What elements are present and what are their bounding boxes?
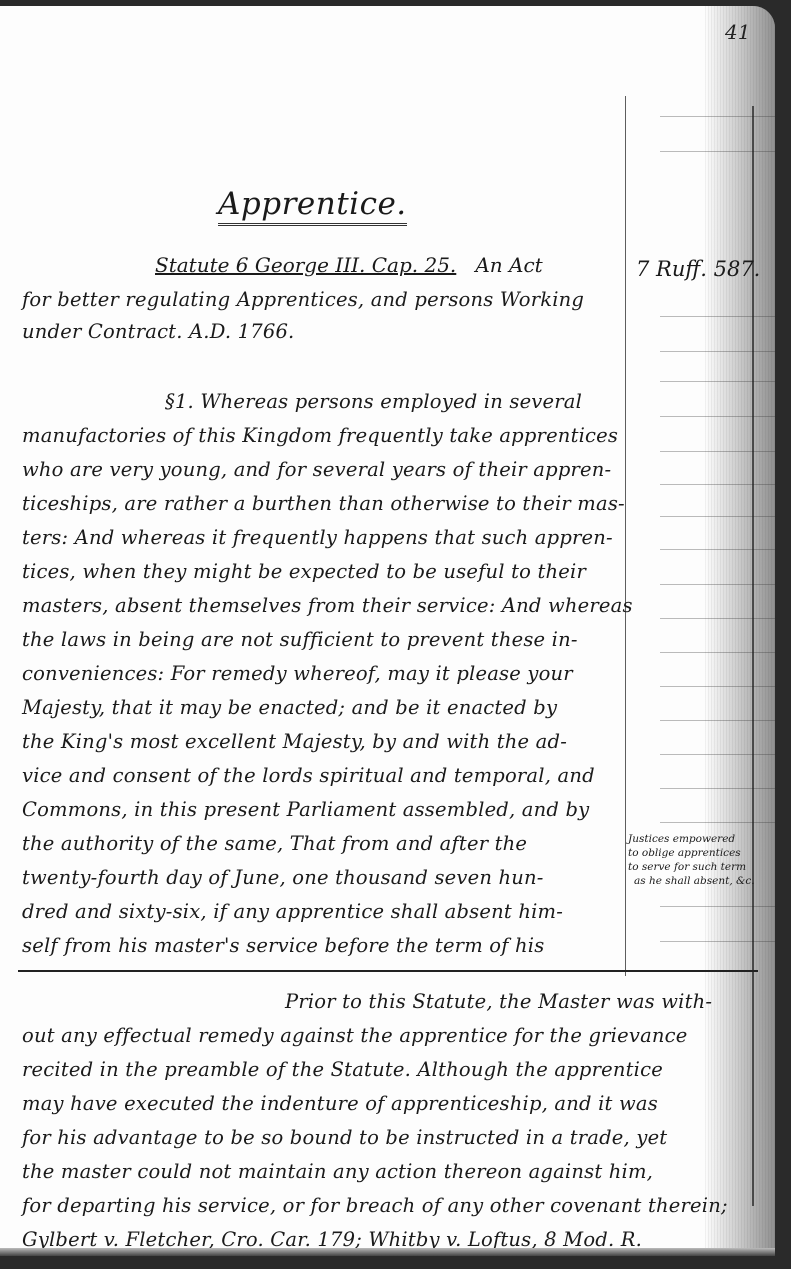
section-line: conveniences: For remedy whereof, may it… xyxy=(22,662,573,685)
margin-reference: 7 Ruff. 587. xyxy=(636,257,760,281)
ruled-line xyxy=(660,116,775,117)
ruled-line xyxy=(660,720,775,721)
commentary-line: Prior to this Statute, the Master was wi… xyxy=(285,990,712,1013)
ruled-line xyxy=(660,652,775,653)
ruled-line xyxy=(660,416,775,417)
margin-rule xyxy=(625,96,626,976)
ruled-line xyxy=(660,351,775,352)
act-title-line: for better regulating Apprentices, and p… xyxy=(22,288,584,311)
section-line: manufactories of this Kingdom frequently… xyxy=(22,424,618,447)
page-title: Apprentice. xyxy=(218,186,407,226)
ruled-line xyxy=(660,381,775,382)
ruled-line xyxy=(660,484,775,485)
ruled-line xyxy=(660,618,775,619)
section-separator xyxy=(18,970,758,972)
section-line: ters: And whereas it frequently happens … xyxy=(22,526,613,549)
commentary-line: out any effectual remedy against the app… xyxy=(22,1024,688,1047)
ruled-line xyxy=(660,516,775,517)
section-line: the King's most excellent Majesty, by an… xyxy=(22,730,567,753)
section-line: Commons, in this present Parliament asse… xyxy=(22,798,589,821)
ruled-line xyxy=(660,316,775,317)
section-line: Majesty, that it may be enacted; and be … xyxy=(22,696,557,719)
section-line: twenty-fourth day of June, one thousand … xyxy=(22,866,544,889)
commentary-line: recited in the preamble of the Statute. … xyxy=(22,1058,663,1081)
ruled-line xyxy=(660,151,775,152)
ruled-line xyxy=(660,451,775,452)
section-line: who are very young, and for several year… xyxy=(22,458,611,481)
commentary-line: the master could not maintain any action… xyxy=(22,1160,653,1183)
commentary-line: for his advantage to be so bound to be i… xyxy=(22,1126,667,1149)
section-line: dred and sixty-six, if any apprentice sh… xyxy=(22,900,563,923)
section-line: tices, when they might be expected to be… xyxy=(22,560,586,583)
ruled-line xyxy=(660,822,775,823)
page-number: 41 xyxy=(725,20,750,44)
margin-note-line: to serve for such term xyxy=(628,860,746,874)
ruled-line xyxy=(660,754,775,755)
margin-note-line: to oblige apprentices xyxy=(628,846,741,860)
ruled-line xyxy=(660,686,775,687)
section-line: ticeships, are rather a burthen than oth… xyxy=(22,492,625,515)
ruled-line xyxy=(660,906,775,907)
page-bottom-edge xyxy=(0,1248,775,1256)
act-title-line: under Contract. A.D. 1766. xyxy=(22,320,294,343)
page-edge-shadow xyxy=(705,6,775,1256)
ruled-line xyxy=(660,941,775,942)
section-line: the authority of the same, That from and… xyxy=(22,832,527,855)
statute-continuation: An Act xyxy=(475,253,542,277)
ruled-line xyxy=(660,788,775,789)
manuscript-page: 41 Apprentice. Statute 6 George III. Cap… xyxy=(0,6,775,1256)
section-line: §1. Whereas persons employed in several xyxy=(165,390,582,413)
statute-heading: Statute 6 George III. Cap. 25. An Act xyxy=(155,253,543,277)
statute-citation: Statute 6 George III. Cap. 25. xyxy=(155,253,456,277)
ruled-line xyxy=(660,584,775,585)
section-line: vice and consent of the lords spiritual … xyxy=(22,764,595,787)
commentary-line: may have executed the indenture of appre… xyxy=(22,1092,658,1115)
ruled-line xyxy=(660,549,775,550)
commentary-line: for departing his service, or for breach… xyxy=(22,1194,728,1217)
section-line: self from his master's service before th… xyxy=(22,934,544,957)
margin-note-line: as he shall absent, &c. xyxy=(634,874,755,888)
section-line: masters, absent themselves from their se… xyxy=(22,594,633,617)
margin-note-line: Justices empowered xyxy=(628,832,735,846)
section-line: the laws in being are not sufficient to … xyxy=(22,628,578,651)
